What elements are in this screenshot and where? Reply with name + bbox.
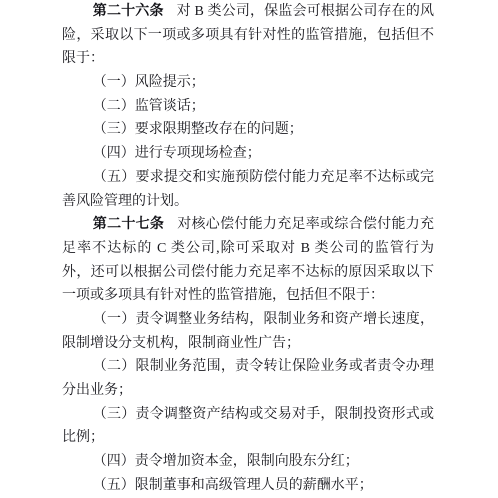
article-27-item-4: （四）责令增加资本金，限制向股东分红； — [62, 450, 434, 474]
article-26-term: 第二十六条 — [93, 4, 164, 19]
article-26-item-1: （一）风险提示； — [62, 71, 434, 95]
article-27-item-2: （二）限制业务范围，责令转让保险业务或者责令办理分出业务； — [62, 355, 434, 402]
article-26-item-2: （二）监管谈话； — [62, 95, 434, 119]
article-27-paragraph: 第二十七条对核心偿付能力充足率或综合偿付能力充足率不达标的 C 类公司,除可采取… — [62, 213, 434, 308]
article-27-item-3: （三）责令调整资产结构或交易对手，限制投资形式或比例； — [62, 403, 434, 450]
document-page: 第二十六条对 B 类公司，保监会可根据公司存在的风险，采取以下一项或多项具有针对… — [0, 0, 498, 498]
article-27-item-5: （五）限制董事和高级管理人员的薪酬水平； — [62, 474, 434, 498]
article-26-item-5: （五）要求提交和实施预防偿付能力充足率不达标或完善风险管理的计划。 — [62, 166, 434, 213]
article-27-item-1: （一）责令调整业务结构，限制业务和资产增长速度，限制增设分支机构，限制商业性广告… — [62, 308, 434, 355]
article-26-paragraph: 第二十六条对 B 类公司，保监会可根据公司存在的风险，采取以下一项或多项具有针对… — [62, 0, 434, 71]
article-27-term: 第二十七条 — [93, 217, 164, 232]
article-26-item-4: （四）进行专项现场检查； — [62, 142, 434, 166]
article-26-item-3: （三）要求限期整改存在的问题； — [62, 118, 434, 142]
